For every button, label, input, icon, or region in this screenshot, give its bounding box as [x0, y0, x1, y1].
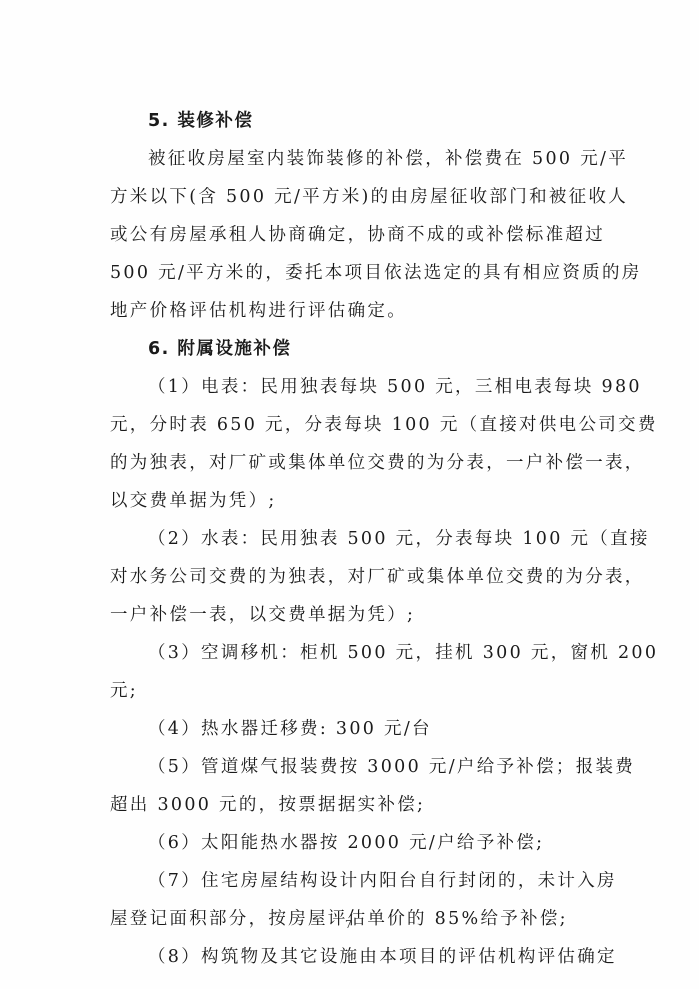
document-page: 5. 装修补偿 被征收房屋室内装饰装修的补偿，补偿费在 500 元/平 方米以下… [0, 0, 699, 989]
paragraph-line: 地产价格评估机构进行评估确定。 [110, 300, 605, 322]
list-item-line: 以交费单据为凭）; [110, 490, 605, 512]
paragraph-line: 500 元/平方米的，委托本项目依法选定的具有相应资质的房 [110, 262, 605, 284]
list-item-line: 元，分时表 650 元，分表每块 100 元（直接对供电公司交费 [110, 414, 605, 436]
list-item-line: （7）住宅房屋结构设计内阳台自行封闭的，未计入房 [148, 870, 605, 892]
list-item-line: （3）空调移机：柜机 500 元，挂机 300 元，窗机 200 [148, 642, 605, 664]
list-item-line: （4）热水器迁移费: 300 元/台 [148, 718, 605, 740]
list-item-line: 元; [110, 680, 605, 702]
list-item-line: （5）管道煤气报装费按 3000 元/户给予补偿；报装费 [148, 756, 605, 778]
paragraph-line: 方米以下(含 500 元/平方米)的由房屋征收部门和被征收人 [110, 186, 605, 208]
list-item-line: （8）构筑物及其它设施由本项目的评估机构评估确定 [148, 946, 605, 968]
section-heading-ancillary-facilities: 6. 附属设施补偿 [148, 338, 605, 360]
page-number: 7 [345, 918, 352, 931]
list-item-line: （6）太阳能热水器按 2000 元/户给予补偿; [148, 832, 605, 854]
list-item-line: 的为独表，对厂矿或集体单位交费的为分表，一户补偿一表， [110, 452, 605, 474]
section-heading-decoration-compensation: 5. 装修补偿 [148, 110, 605, 132]
paragraph-line: 或公有房屋承租人协商确定，协商不成的或补偿标准超过 [110, 224, 605, 246]
list-item-line: （1）电表：民用独表每块 500 元，三相电表每块 980 [148, 376, 605, 398]
paragraph-line: 被征收房屋室内装饰装修的补偿，补偿费在 500 元/平 [148, 148, 605, 170]
list-item-line: 屋登记面积部分，按房屋评估单价的 85%给予补偿; [110, 908, 605, 930]
list-item-line: （2）水表：民用独表 500 元，分表每块 100 元（直接 [148, 528, 605, 550]
list-item-line: 超出 3000 元的，按票据据实补偿; [110, 794, 605, 816]
list-item-line: 一户补偿一表，以交费单据为凭）; [110, 604, 605, 626]
list-item-line: 对水务公司交费的为独表，对厂矿或集体单位交费的为分表， [110, 566, 605, 588]
